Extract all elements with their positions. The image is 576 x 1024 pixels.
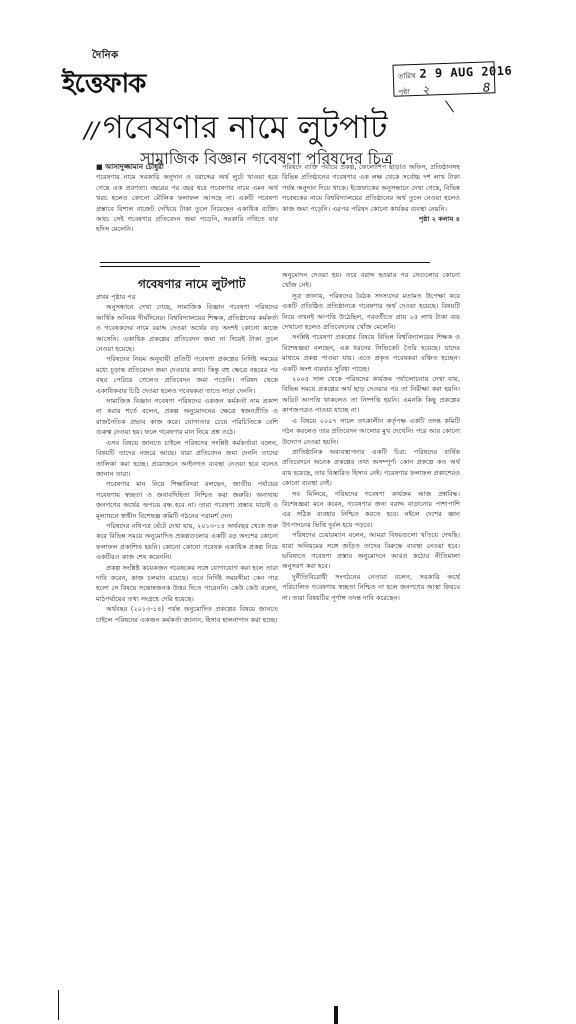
- body-column-left: প্রথম পৃষ্ঠার পর অনুসন্ধানে দেখা গেছে, স…: [96, 292, 278, 1016]
- body-paragraph: সংশ্লিষ্ট গবেষণা প্রকল্পের বিষয়ে বিভিন্…: [282, 332, 460, 374]
- continued-label: পৃষ্ঠা ২ কলাম ৪: [282, 214, 460, 224]
- continuation-note: প্রথম পৃষ্ঠার পর: [96, 292, 278, 302]
- headline-text: গবেষণার নামে লুটপাট: [103, 108, 388, 146]
- lead-paragraph-left: গবেষণার নামে সরকারি অনুদান ও বরাদ্দের অর…: [96, 172, 278, 234]
- body-paragraph: সামাজিক বিজ্ঞান গবেষণা পরিষদের একজন কর্ম…: [96, 396, 278, 438]
- body-paragraph: প্রাতিষ্ঠানিক অব্যবস্থাপনার একটি চিত্র: …: [282, 447, 460, 489]
- stamp-page-label: পৃষ্ঠা: [398, 86, 410, 98]
- clipping-edge-mark: [58, 990, 59, 1020]
- body-paragraph: অনুসন্ধানে দেখা গেছে, সামাজিক বিজ্ঞান গব…: [96, 302, 278, 354]
- body-paragraph: দুর্নীতিবিরোধী সংগঠনের নেতারা বলেন, সরকা…: [282, 572, 460, 603]
- lead-column-right: পরিষদে ব্যক্তি পর্যায়ে প্রকল্প, ফেলোশিপ…: [282, 162, 460, 252]
- body-paragraph: এসব বিষয়ে জানতে চাইলে পরিষদের সংশ্লিষ্ট…: [96, 438, 278, 480]
- masthead-name: ইত্তেফাক: [62, 63, 145, 107]
- body-paragraph: সব মিলিয়ে, পরিষদের গবেষণা কার্যক্রম আজ …: [282, 489, 460, 531]
- stamp-column-value: 8: [482, 80, 490, 94]
- body-paragraph: এ বিষয়ে ২০০৭ সালে তৎকালীন কর্তৃপক্ষ একট…: [282, 416, 460, 447]
- section-divider-secondary: [100, 266, 200, 267]
- body-paragraph: ২০০৫ সাল থেকে পরিষদের কার্যক্রম পর্যালোচ…: [282, 374, 460, 416]
- date-stamp: তারিখ 2 9 AUG 2016 পৃষ্ঠা ২ 8: [392, 61, 495, 97]
- body-paragraph: প্রকল্প সংশ্লিষ্ট কয়েকজন গবেষকের সঙ্গে …: [96, 563, 278, 605]
- body-paragraph: অনুমোদন দেওয়া হয়। তবে বরাদ্দ হওয়ার পর…: [282, 270, 460, 291]
- body-paragraph: পরিষদের নিয়ম অনুযায়ী প্রতিটি গবেষণা প্…: [96, 354, 278, 396]
- body-paragraph: গবেষণার মান নিয়ে শিক্ষাবিদরা বলছেন, জাত…: [96, 479, 278, 521]
- section-divider: [100, 262, 430, 263]
- stamp-date-label: তারিখ: [398, 70, 416, 83]
- body-paragraph: সূত্র জানায়, পরিষদের বৈঠক সদস্যদের মতাম…: [282, 291, 460, 333]
- body-column-right: অনুমোদন দেওয়া হয়। তবে বরাদ্দ হওয়ার পর…: [282, 270, 460, 1016]
- body-paragraph: পরিষদের নথিপত্র ঘেঁটে দেখা যায়, ২০১৩-১৪…: [96, 521, 278, 563]
- byline: ■ আসাদুজ্জামান চৌধুরী: [96, 162, 278, 172]
- lead-paragraph-right: পরিষদে ব্যক্তি পর্যায়ে প্রকল্প, ফেলোশিপ…: [282, 162, 460, 214]
- newspaper-masthead: দৈনিক ইত্তেফাক: [62, 48, 145, 107]
- body-paragraph: অর্থবছর (২০১৩-১৪) পর্যন্ত অনুমোদিত প্রকল…: [96, 604, 278, 625]
- pen-mark: //: [84, 119, 99, 144]
- lead-column-left: ■ আসাদুজ্জামান চৌধুরী গবেষণার নামে সরকার…: [96, 162, 278, 252]
- body-paragraph: পরিষদের চেয়ারম্যান বলেন, আমরা বিষয়গুলো…: [282, 530, 460, 572]
- stamp-page-value: ২: [421, 82, 430, 102]
- scan-artifact-bar: [334, 1006, 338, 1024]
- stamp-date: 2 9 AUG 2016: [419, 64, 512, 81]
